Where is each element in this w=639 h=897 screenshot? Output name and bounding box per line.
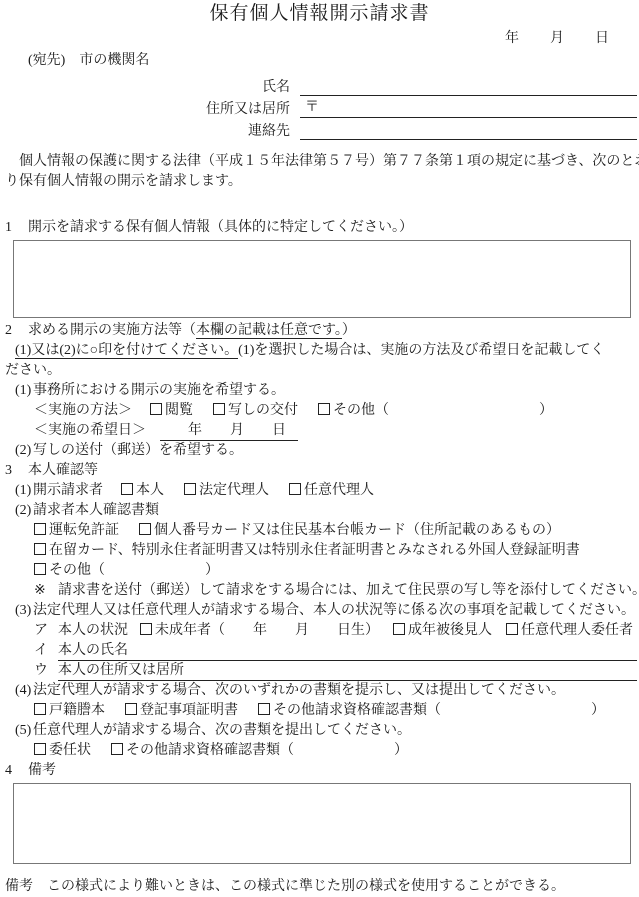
- paren-close: ）: [394, 743, 408, 758]
- checkbox-label: 運転免許証: [49, 523, 119, 538]
- checkbox-icon: [393, 623, 405, 635]
- footer-note: 備考この様式により難いときは、この様式に準じた別の様式を使用することができる。: [0, 877, 639, 896]
- circle-instruction-underlined: (1)又は(2)に○印を付けてください。: [15, 343, 238, 359]
- checkbox-label: その他（: [333, 403, 389, 418]
- checkbox-option-other-method[interactable]: その他（）: [318, 403, 553, 418]
- item-1-text: 事務所における開示の実施を希望する。: [33, 383, 285, 398]
- method-row: ＜実施の方法＞閲覧写しの交付その他（）: [0, 401, 639, 421]
- checkbox-icon: [139, 523, 151, 535]
- principal-name-input[interactable]: 本人の氏名: [58, 641, 637, 661]
- section-2-title-pre: 求める開示の実施方法等（: [28, 323, 196, 338]
- paren-close: ）: [539, 403, 553, 418]
- section-4-heading: 4備考: [0, 761, 639, 781]
- checkbox-icon: [34, 563, 46, 575]
- principal-address-input[interactable]: 本人の住所又は居所: [58, 661, 637, 681]
- checkbox-option-legal-rep[interactable]: 法定代理人: [184, 483, 269, 498]
- section-1-number: 1: [5, 218, 28, 238]
- checkbox-option-power-of-attorney[interactable]: 委任状: [34, 743, 91, 758]
- checkbox-option-other-qualification[interactable]: その他請求資格確認書類（）: [258, 703, 605, 718]
- checkbox-icon: [125, 703, 137, 715]
- checkbox-label: その他（: [49, 563, 105, 578]
- applicant-fields: 氏名 住所又は居所 〒 連絡先: [0, 74, 639, 140]
- legal-rep-docs-row: 戸籍謄本登記事項証明書その他請求資格確認書類（）: [0, 701, 639, 721]
- identity-docs-row-1: 運転免許証個人番号カード又は住民基本台帳カード（住所記載のあるもの）: [0, 521, 639, 541]
- section-4-title: 備考: [28, 763, 56, 778]
- checkbox-icon: [506, 623, 518, 635]
- checkbox-icon: [34, 743, 46, 755]
- remarks-textarea[interactable]: [13, 783, 631, 864]
- mail-attachment-note: ※請求書を送付（郵送）して請求をする場合には、加えて住民票の写し等を添付してくだ…: [0, 581, 639, 601]
- desired-date-row: ＜実施の希望日＞年 月 日: [0, 421, 639, 441]
- voluntary-rep-docs-label: 任意代理人が請求する場合、次の書類を提出してください。: [33, 723, 411, 738]
- s3-i5-marker: (5): [15, 721, 33, 741]
- section-2-number: 2: [5, 321, 28, 341]
- checkbox-option-drivers-license[interactable]: 運転免許証: [34, 523, 119, 538]
- voluntary-rep-docs-heading: (5)任意代理人が請求する場合、次の書類を提出してください。: [0, 721, 639, 741]
- checkbox-label: 未成年者（ 年 月 日生）: [155, 623, 379, 638]
- principal-address-label: 本人の住所又は居所: [58, 663, 184, 678]
- checkbox-icon: [184, 483, 196, 495]
- page-title: 保有個人情報開示請求書: [0, 3, 639, 25]
- checkbox-option-self[interactable]: 本人: [121, 483, 164, 498]
- section-2-title-post: ）: [342, 323, 356, 338]
- contact-input[interactable]: [300, 139, 637, 140]
- identity-docs-row-2: 在留カード、特別永住者証明書又は特別永住者証明書とみなされる外国人登録証明書: [0, 541, 639, 561]
- date-day-label: 日: [595, 31, 609, 46]
- identity-docs-row-3: その他（）: [0, 561, 639, 581]
- item-1-marker: (1): [15, 381, 33, 401]
- date-year-label: 年: [505, 31, 519, 46]
- address-label: 住所又は居所: [0, 98, 300, 118]
- date-line: 年月日: [0, 30, 639, 48]
- s3-i2-marker: (2): [15, 501, 33, 521]
- checkbox-option-other-id[interactable]: その他（）: [34, 563, 219, 578]
- section-2-note-line-1: (1)又は(2)に○印を付けてください。(1)を選択した場合は、実施の方法及び希…: [0, 341, 639, 361]
- sub-a-marker: ア: [34, 621, 58, 641]
- section-3-title: 本人確認等: [28, 463, 98, 478]
- intro-line-1: 個人情報の保護に関する法律（平成１５年法律第５７号）第７７条第１項の規定に基づき…: [5, 152, 639, 172]
- requester-type-row: (1)開示請求者本人法定代理人任意代理人: [0, 481, 639, 501]
- address-input[interactable]: 〒: [300, 98, 637, 118]
- identity-docs-heading: (2)請求者本人確認書類: [0, 501, 639, 521]
- item-2-text: 写しの送付（郵送）を希望する。: [33, 443, 243, 458]
- contact-field-row: 連絡先: [0, 118, 639, 140]
- checkbox-icon: [140, 623, 152, 635]
- checkbox-icon: [34, 543, 46, 555]
- principal-name-row: イ本人の氏名: [0, 641, 639, 661]
- section-1-title: 開示を請求する保有個人情報（具体的に特定してください。）: [28, 220, 413, 235]
- checkbox-icon: [213, 403, 225, 415]
- checkbox-label: 法定代理人: [199, 483, 269, 498]
- checkbox-label: 閲覧: [165, 403, 193, 418]
- section-1-heading: 1開示を請求する保有個人情報（具体的に特定してください。）: [0, 218, 639, 238]
- contact-label: 連絡先: [0, 120, 300, 140]
- paren-close: ）: [205, 563, 219, 578]
- checkbox-option-adult-ward[interactable]: 成年被後見人: [393, 623, 492, 638]
- mail-attachment-note-text: 請求書を送付（郵送）して請求をする場合には、加えて住民票の写し等を添付してくださ…: [58, 583, 639, 598]
- checkbox-option-delegator[interactable]: 任意代理人委任者: [506, 623, 633, 638]
- checkbox-label: 本人: [136, 483, 164, 498]
- principal-status-label: 本人の状況: [58, 623, 128, 638]
- sub-c-marker: ウ: [34, 661, 58, 681]
- legal-rep-docs-heading: (4)法定代理人が請求する場合、次のいずれかの書類を提示し、又は提出してください…: [0, 681, 639, 701]
- checkbox-label: 成年被後見人: [408, 623, 492, 638]
- representative-info-heading: (3)法定代理人又は任意代理人が請求する場合、本人の状況等に係る次の事項を記載し…: [0, 601, 639, 621]
- section-3-number: 3: [5, 461, 28, 481]
- checkbox-icon: [318, 403, 330, 415]
- voluntary-rep-docs-row: 委任状その他請求資格確認書類（）: [0, 741, 639, 761]
- requested-info-textarea[interactable]: [13, 240, 631, 318]
- principal-name-label: 本人の氏名: [58, 643, 128, 658]
- method-label: ＜実施の方法＞: [34, 403, 132, 418]
- name-field-row: 氏名: [0, 74, 639, 96]
- checkbox-icon: [121, 483, 133, 495]
- checkbox-label: 在留カード、特別永住者証明書又は特別永住者証明書とみなされる外国人登録証明書: [49, 543, 580, 558]
- desired-date-input[interactable]: 年 月 日: [160, 421, 298, 441]
- name-label: 氏名: [0, 76, 300, 96]
- section-4-number: 4: [5, 761, 28, 781]
- legal-rep-docs-label: 法定代理人が請求する場合、次のいずれかの書類を提示し、又は提出してください。: [33, 683, 565, 698]
- checkbox-icon: [34, 703, 46, 715]
- checkbox-icon: [34, 523, 46, 535]
- checkbox-label: 写しの交付: [228, 403, 298, 418]
- section-3-heading: 3本人確認等: [0, 461, 639, 481]
- checkbox-icon: [111, 743, 123, 755]
- requester-type-label: 開示請求者: [33, 483, 103, 498]
- option-2-mail-copy[interactable]: (2)写しの送付（郵送）を希望する。: [0, 441, 639, 461]
- identity-docs-label: 請求者本人確認書類: [33, 503, 159, 518]
- checkbox-icon: [258, 703, 270, 715]
- checkbox-option-minor[interactable]: 未成年者（ 年 月 日生）: [140, 623, 379, 638]
- item-2-marker: (2): [15, 441, 33, 461]
- footer-note-label: 備考: [5, 879, 33, 894]
- checkbox-icon: [150, 403, 162, 415]
- intro-line-2: り保有個人情報の開示を請求します。: [5, 172, 639, 192]
- addressee-line: (宛先) 市の機関名: [0, 52, 639, 70]
- date-month-label: 月: [550, 31, 564, 46]
- checkbox-option-voluntary-rep[interactable]: 任意代理人: [289, 483, 374, 498]
- paren-close: ）: [591, 703, 605, 718]
- checkbox-option-view[interactable]: 閲覧: [150, 403, 193, 418]
- postal-mark-icon: 〒: [305, 100, 319, 115]
- note-asterisk-marker: ※: [34, 581, 58, 601]
- checkbox-label: その他請求資格確認書類（: [126, 743, 294, 758]
- section-2-title-underlined: 本欄の記載は任意です。: [196, 323, 342, 339]
- section-2-heading: 2求める開示の実施方法等（本欄の記載は任意です。）: [0, 321, 639, 341]
- s3-i1-marker: (1): [15, 481, 33, 501]
- s3-i4-marker: (4): [15, 681, 33, 701]
- checkbox-option-mynumber-card[interactable]: 個人番号カード又は住民基本台帳カード（住所記載のあるもの）: [139, 523, 560, 538]
- intro-paragraph: 個人情報の保護に関する法律（平成１５年法律第５７号）第７７条第１項の規定に基づき…: [0, 152, 639, 192]
- form-page: 保有個人情報開示請求書 年月日 (宛先) 市の機関名 氏名 住所又は居所 〒 連…: [0, 3, 639, 897]
- option-1-office-disclosure[interactable]: (1)事務所における開示の実施を希望する。: [0, 381, 639, 401]
- checkbox-label: その他請求資格確認書類（: [273, 703, 441, 718]
- checkbox-option-residence-card[interactable]: 在留カード、特別永住者証明書又は特別永住者証明書とみなされる外国人登録証明書: [34, 543, 580, 558]
- checkbox-option-family-register[interactable]: 戸籍謄本: [34, 703, 105, 718]
- representative-info-label: 法定代理人又は任意代理人が請求する場合、本人の状況等に係る次の事項を記載してくだ…: [33, 603, 635, 618]
- checkbox-label: 委任状: [49, 743, 91, 758]
- section-2-note-line-2: ださい。: [0, 361, 639, 381]
- desired-date-label: ＜実施の希望日＞: [34, 423, 146, 438]
- checkbox-label: 個人番号カード又は住民基本台帳カード（住所記載のあるもの）: [154, 523, 560, 538]
- checkbox-label: 任意代理人委任者: [521, 623, 633, 638]
- sub-b-marker: イ: [34, 641, 58, 661]
- checkbox-label: 登記事項証明書: [140, 703, 238, 718]
- name-input[interactable]: [300, 95, 637, 96]
- address-field-row: 住所又は居所 〒: [0, 96, 639, 118]
- checkbox-option-other-qualification-2[interactable]: その他請求資格確認書類（）: [111, 743, 408, 758]
- circle-instruction-rest: (1)を選択した場合は、実施の方法及び希望日を記載してく: [238, 343, 604, 358]
- footer-note-text: この様式により難いときは、この様式に準じた別の様式を使用することができる。: [47, 879, 565, 894]
- principal-status-row: ア本人の状況未成年者（ 年 月 日生）成年被後見人任意代理人委任者: [0, 621, 639, 641]
- checkbox-label: 任意代理人: [304, 483, 374, 498]
- s3-i3-marker: (3): [15, 601, 33, 621]
- checkbox-option-copy[interactable]: 写しの交付: [213, 403, 298, 418]
- checkbox-option-registry-certificate[interactable]: 登記事項証明書: [125, 703, 238, 718]
- checkbox-icon: [289, 483, 301, 495]
- principal-address-row: ウ本人の住所又は居所: [0, 661, 639, 681]
- checkbox-label: 戸籍謄本: [49, 703, 105, 718]
